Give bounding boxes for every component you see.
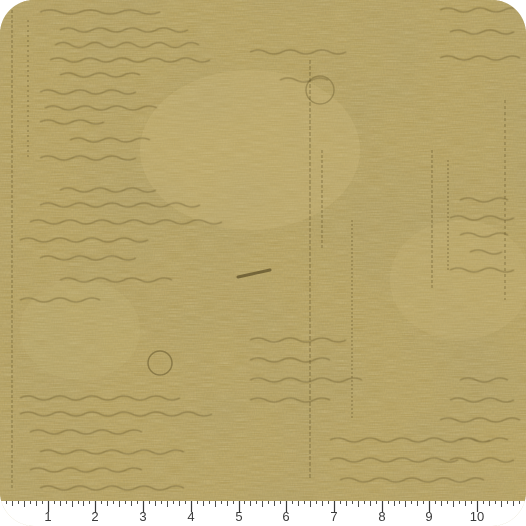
ruler-label: 10 (470, 510, 484, 524)
ruler-label: 7 (330, 510, 337, 524)
ruler-label: 4 (187, 510, 194, 524)
ruler-label: 1 (44, 510, 51, 524)
measurement-ruler: 12345678910 (0, 501, 526, 526)
ruler-ticks (0, 501, 526, 526)
ruler-label: 9 (425, 510, 432, 524)
ruler-label: 2 (91, 510, 98, 524)
fabric-texture (0, 0, 526, 501)
ruler-label: 3 (139, 510, 146, 524)
ruler-label: 6 (282, 510, 289, 524)
ruler-label: 5 (235, 510, 242, 524)
ruler-label: 8 (378, 510, 385, 524)
fabric-swatch-image: 12345678910 (0, 0, 526, 526)
